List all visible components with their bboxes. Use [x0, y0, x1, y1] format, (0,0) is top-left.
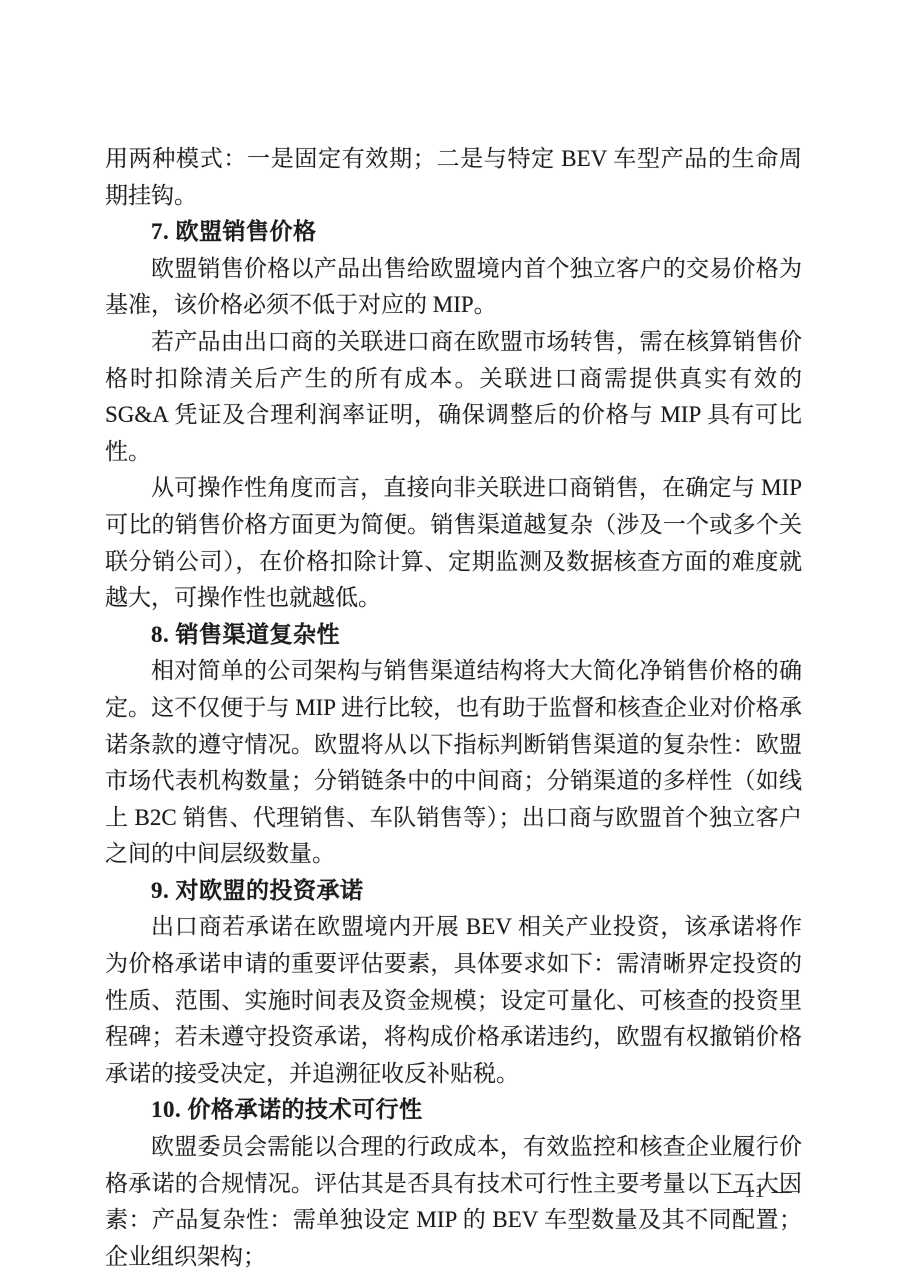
para-section-8-1: 相对简单的公司架构与销售渠道结构将大大简化净销售价格的确定。这不仅便于与 MIP… — [105, 653, 802, 873]
heading-section-10: 10. 价格承诺的技术可行性 — [105, 1092, 802, 1129]
para-section-9-1: 出口商若承诺在欧盟境内开展 BEV 相关产业投资，该承诺将作为价格承诺申请的重要… — [105, 909, 802, 1092]
heading-section-7: 7. 欧盟销售价格 — [105, 214, 802, 251]
page-number: — 11 — — [694, 1179, 816, 1203]
document-page: 用两种模式：一是固定有效期；二是与特定 BEV 车型产品的生命周期挂钩。 7. … — [0, 0, 900, 1272]
para-section-7-3: 从可操作性角度而言，直接向非关联进口商销售，在确定与 MIP 可比的销售价格方面… — [105, 470, 802, 616]
para-continuation: 用两种模式：一是固定有效期；二是与特定 BEV 车型产品的生命周期挂钩。 — [105, 141, 802, 214]
heading-section-9: 9. 对欧盟的投资承诺 — [105, 873, 802, 910]
document-body: 用两种模式：一是固定有效期；二是与特定 BEV 车型产品的生命周期挂钩。 7. … — [105, 141, 802, 1272]
heading-section-8: 8. 销售渠道复杂性 — [105, 617, 802, 654]
para-section-7-1: 欧盟销售价格以产品出售给欧盟境内首个独立客户的交易价格为基准，该价格必须不低于对… — [105, 251, 802, 324]
para-section-7-2: 若产品由出口商的关联进口商在欧盟市场转售，需在核算销售价格时扣除清关后产生的所有… — [105, 324, 802, 470]
